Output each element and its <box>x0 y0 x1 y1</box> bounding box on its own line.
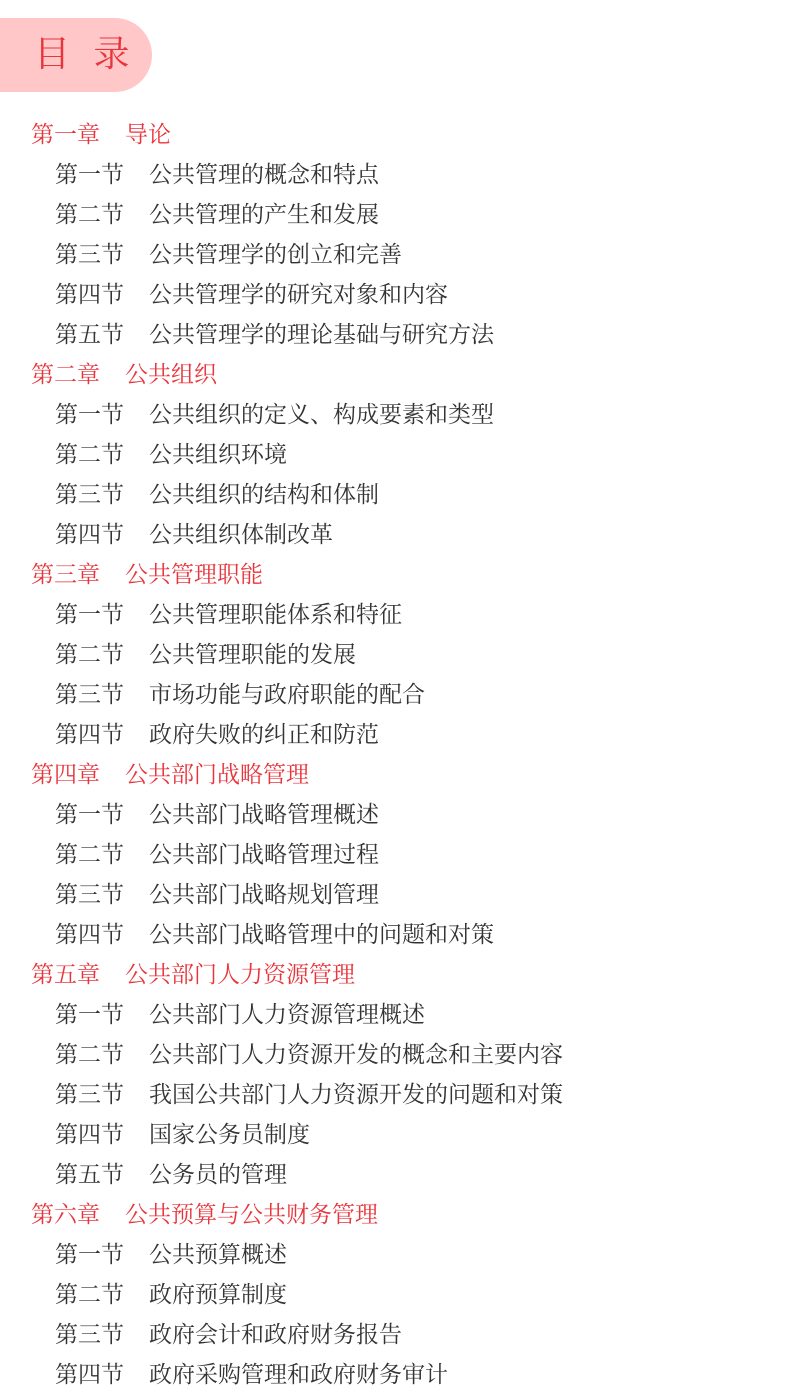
toc-section[interactable]: 第二节公共组织环境 <box>0 435 790 475</box>
toc-chapter[interactable]: 第三章公共管理职能 <box>0 555 790 595</box>
toc-list: 第一章导论第一节公共管理的概念和特点第二节公共管理的产生和发展第三节公共管理学的… <box>0 115 790 1394</box>
section-number: 第五节 <box>55 315 149 355</box>
toc-section[interactable]: 第二节公共管理的产生和发展 <box>0 195 790 235</box>
section-title: 政府采购管理和政府财务审计 <box>149 1362 448 1388</box>
chapter-number: 第五章 <box>31 955 125 995</box>
toc-section[interactable]: 第三节市场功能与政府职能的配合 <box>0 675 790 715</box>
section-title: 公务员的管理 <box>149 1162 287 1188</box>
toc-section[interactable]: 第一节公共部门人力资源管理概述 <box>0 995 790 1035</box>
section-title: 政府失败的纠正和防范 <box>149 722 379 748</box>
section-title: 公共管理职能的发展 <box>149 642 356 668</box>
toc-section[interactable]: 第二节公共部门人力资源开发的概念和主要内容 <box>0 1035 790 1075</box>
section-number: 第二节 <box>55 435 149 475</box>
section-title: 公共部门人力资源开发的概念和主要内容 <box>149 1042 563 1068</box>
section-title: 公共管理的产生和发展 <box>149 202 379 228</box>
chapter-number: 第六章 <box>31 1195 125 1235</box>
toc-section[interactable]: 第二节公共管理职能的发展 <box>0 635 790 675</box>
chapter-number: 第三章 <box>31 555 125 595</box>
chapter-number: 第四章 <box>31 755 125 795</box>
toc-section[interactable]: 第三节我国公共部门人力资源开发的问题和对策 <box>0 1075 790 1115</box>
toc-section[interactable]: 第四节公共管理学的研究对象和内容 <box>0 275 790 315</box>
toc-chapter[interactable]: 第六章公共预算与公共财务管理 <box>0 1195 790 1235</box>
section-title: 公共部门人力资源管理概述 <box>149 1002 425 1028</box>
toc-section[interactable]: 第四节国家公务员制度 <box>0 1115 790 1155</box>
section-number: 第二节 <box>55 1275 149 1315</box>
toc-section[interactable]: 第一节公共组织的定义、构成要素和类型 <box>0 395 790 435</box>
chapter-title: 导论 <box>125 122 171 148</box>
section-number: 第一节 <box>55 155 149 195</box>
chapter-title: 公共组织 <box>125 362 217 388</box>
section-number: 第三节 <box>55 475 149 515</box>
toc-section[interactable]: 第二节公共部门战略管理过程 <box>0 835 790 875</box>
toc-section[interactable]: 第三节公共管理学的创立和完善 <box>0 235 790 275</box>
section-number: 第四节 <box>55 275 149 315</box>
section-number: 第三节 <box>55 675 149 715</box>
toc-chapter[interactable]: 第四章公共部门战略管理 <box>0 755 790 795</box>
toc-section[interactable]: 第五节公务员的管理 <box>0 1155 790 1195</box>
section-number: 第一节 <box>55 795 149 835</box>
chapter-title: 公共预算与公共财务管理 <box>125 1202 378 1228</box>
section-title: 我国公共部门人力资源开发的问题和对策 <box>149 1082 563 1108</box>
chapter-number: 第二章 <box>31 355 125 395</box>
section-title: 公共部门战略管理过程 <box>149 842 379 868</box>
section-number: 第二节 <box>55 835 149 875</box>
toc-chapter[interactable]: 第五章公共部门人力资源管理 <box>0 955 790 995</box>
section-number: 第三节 <box>55 875 149 915</box>
section-title: 国家公务员制度 <box>149 1122 310 1148</box>
section-title: 市场功能与政府职能的配合 <box>149 682 425 708</box>
toc-chapter[interactable]: 第一章导论 <box>0 115 790 155</box>
section-number: 第四节 <box>55 1115 149 1155</box>
toc-section[interactable]: 第五节公共管理学的理论基础与研究方法 <box>0 315 790 355</box>
chapter-title: 公共管理职能 <box>125 562 263 588</box>
toc-section[interactable]: 第四节公共组织体制改革 <box>0 515 790 555</box>
section-title: 公共管理学的研究对象和内容 <box>149 282 448 308</box>
section-title: 政府预算制度 <box>149 1282 287 1308</box>
toc-chapter[interactable]: 第二章公共组织 <box>0 355 790 395</box>
toc-section[interactable]: 第四节公共部门战略管理中的问题和对策 <box>0 915 790 955</box>
section-number: 第一节 <box>55 1235 149 1275</box>
toc-header: 目 录 <box>0 18 152 92</box>
section-number: 第一节 <box>55 995 149 1035</box>
section-number: 第四节 <box>55 515 149 555</box>
chapter-number: 第一章 <box>31 115 125 155</box>
section-title: 公共组织的定义、构成要素和类型 <box>149 402 494 428</box>
section-title: 公共预算概述 <box>149 1242 287 1268</box>
section-title: 公共组织体制改革 <box>149 522 333 548</box>
toc-title: 目 录 <box>34 34 135 75</box>
toc-section[interactable]: 第三节政府会计和政府财务报告 <box>0 1315 790 1355</box>
section-title: 公共管理学的理论基础与研究方法 <box>149 322 494 348</box>
section-title: 公共部门战略管理中的问题和对策 <box>149 922 494 948</box>
toc-section[interactable]: 第一节公共部门战略管理概述 <box>0 795 790 835</box>
toc-section[interactable]: 第三节公共部门战略规划管理 <box>0 875 790 915</box>
section-number: 第五节 <box>55 1155 149 1195</box>
toc-section[interactable]: 第一节公共管理的概念和特点 <box>0 155 790 195</box>
section-title: 公共管理的概念和特点 <box>149 162 379 188</box>
section-title: 公共组织的结构和体制 <box>149 482 379 508</box>
section-title: 政府会计和政府财务报告 <box>149 1322 402 1348</box>
section-title: 公共部门战略管理概述 <box>149 802 379 828</box>
chapter-title: 公共部门战略管理 <box>125 762 309 788</box>
section-number: 第三节 <box>55 235 149 275</box>
section-title: 公共管理学的创立和完善 <box>149 242 402 268</box>
section-number: 第一节 <box>55 395 149 435</box>
section-title: 公共部门战略规划管理 <box>149 882 379 908</box>
toc-section[interactable]: 第四节政府失败的纠正和防范 <box>0 715 790 755</box>
section-number: 第二节 <box>55 1035 149 1075</box>
section-number: 第四节 <box>55 915 149 955</box>
section-number: 第二节 <box>55 635 149 675</box>
toc-section[interactable]: 第一节公共预算概述 <box>0 1235 790 1275</box>
chapter-title: 公共部门人力资源管理 <box>125 962 355 988</box>
toc-section[interactable]: 第四节政府采购管理和政府财务审计 <box>0 1355 790 1394</box>
section-number: 第二节 <box>55 195 149 235</box>
section-number: 第四节 <box>55 715 149 755</box>
section-number: 第四节 <box>55 1355 149 1394</box>
toc-section[interactable]: 第一节公共管理职能体系和特征 <box>0 595 790 635</box>
section-title: 公共组织环境 <box>149 442 287 468</box>
section-number: 第三节 <box>55 1075 149 1115</box>
section-number: 第一节 <box>55 595 149 635</box>
section-number: 第三节 <box>55 1315 149 1355</box>
toc-section[interactable]: 第二节政府预算制度 <box>0 1275 790 1315</box>
toc-section[interactable]: 第三节公共组织的结构和体制 <box>0 475 790 515</box>
section-title: 公共管理职能体系和特征 <box>149 602 402 628</box>
